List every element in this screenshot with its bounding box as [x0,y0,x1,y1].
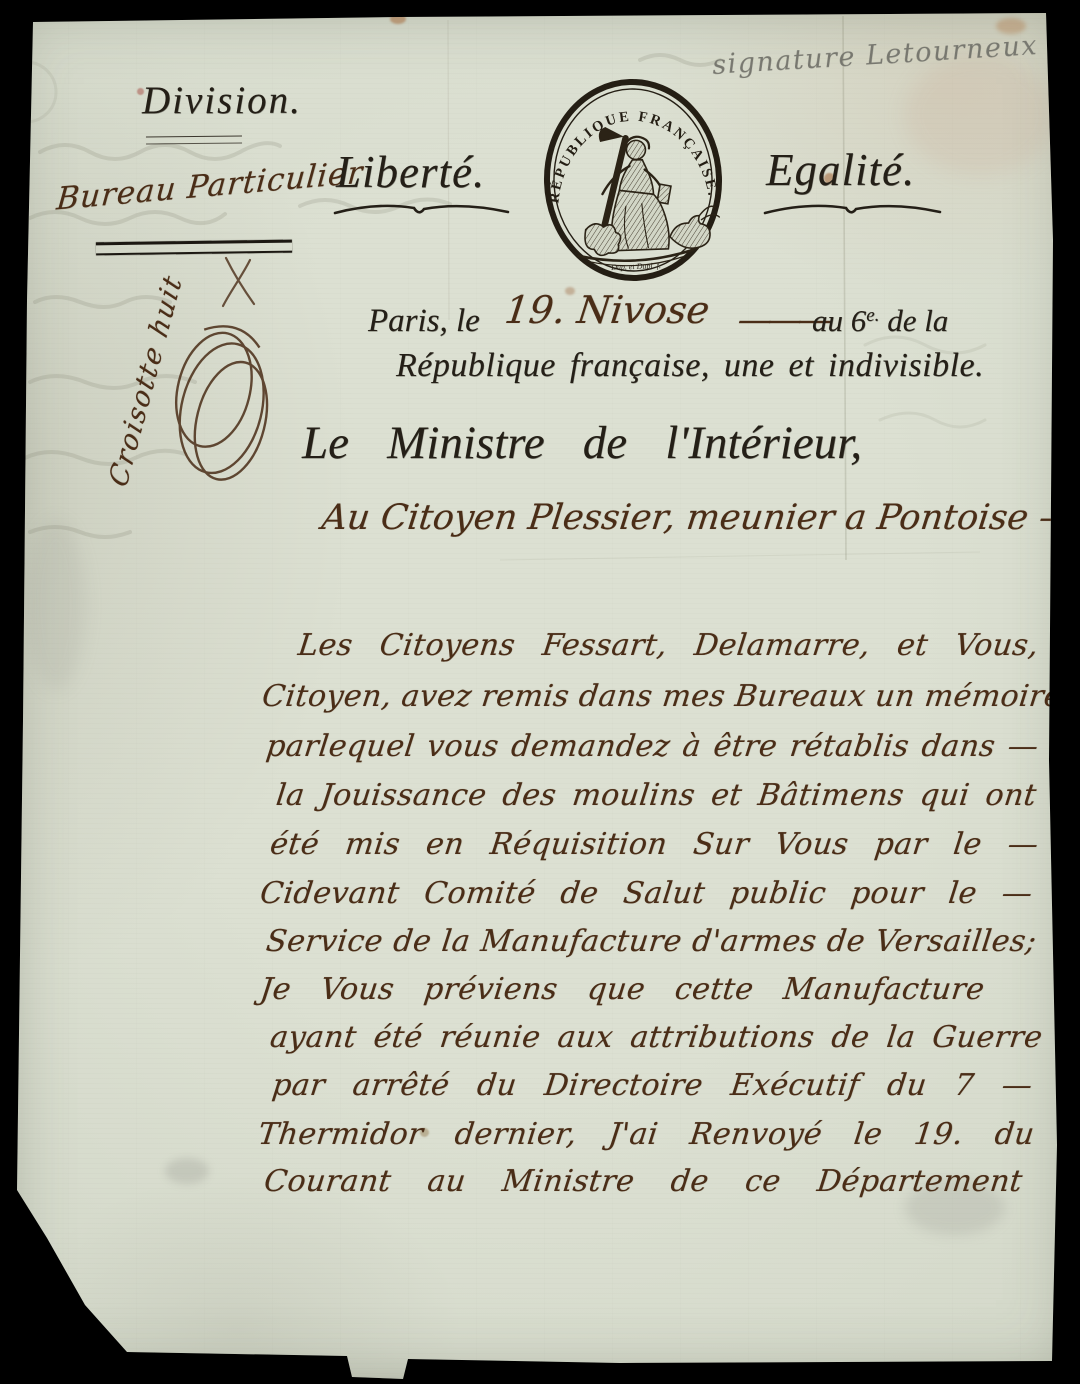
year-suffix-ordinal: e. [866,305,879,326]
body-line: Je Vous préviens que cette Manufacture [258,972,987,1012]
egalite-label: Egalité. [766,144,915,196]
division-underline [146,135,242,144]
dateline-republic-motto: République française, une et indivisible… [396,347,984,385]
recipient-line: Au Citoyen Plessier, meunier a Pontoise … [320,498,1037,538]
body-line: Service de la Manufacture d'armes de Ver… [264,924,1039,964]
body-line: Cidevant Comité de Salut public pour le … [258,876,1035,916]
letter-page: Division. Bureau Particulier Liberté. Eg… [0,0,1080,1384]
dateline-year-suffix: au 6e. de la [812,303,948,339]
year-suffix-tail: de la [879,303,948,338]
minister-title: Le Ministre de l'Intérieur, [302,416,862,470]
scanned-letter-background: { "doc": { "annotations": { "pencil_top_… [0,0,1080,1384]
dateline-handwritten-date: 19. Nivose [502,288,712,332]
egalite-flourish [762,200,944,222]
body-line: par arrêté du Directoire Exécutif du 7 — [270,1068,1035,1108]
republique-francaise-seal-icon: RÉPUBLIQUE FRANÇAISE. [540,76,726,284]
body-line: la Jouissance des moulins et Bâtimens qu… [274,778,1039,818]
body-line: été mis en Réquisition Sur Vous par le — [268,827,1041,867]
year-suffix-text: au 6 [812,303,866,338]
bureau-underline [96,240,292,256]
division-label: Division. [142,78,302,123]
recipient-text: Au Citoyen Plessier, meunier a Pontoise [320,498,1031,538]
body-line: Courant au Ministre de ce Département [262,1164,1025,1204]
liberte-flourish [332,200,512,222]
body-line: Citoyen, avez remis dans mes Bureaux un … [260,679,1047,719]
seal-engraver-mark: Dup. et Dupl. f. [610,261,661,272]
body-line: ayant été réunie aux attributions de la … [268,1020,1045,1060]
liberte-label: Liberté. [336,146,485,198]
body-line: Les Citoyens Fessart, Delamarre, et Vous… [296,628,1041,668]
dateline-place-prefix: Paris, le [368,303,480,340]
body-line: Thermidor dernier, J'ai Renvoyé le 19. d… [256,1117,1037,1157]
margin-spiral-scribble [150,300,290,530]
recipient-trailing-dash: —— [1037,498,1080,538]
body-line: parlequel vous demandez à être rétablis … [264,729,1041,769]
